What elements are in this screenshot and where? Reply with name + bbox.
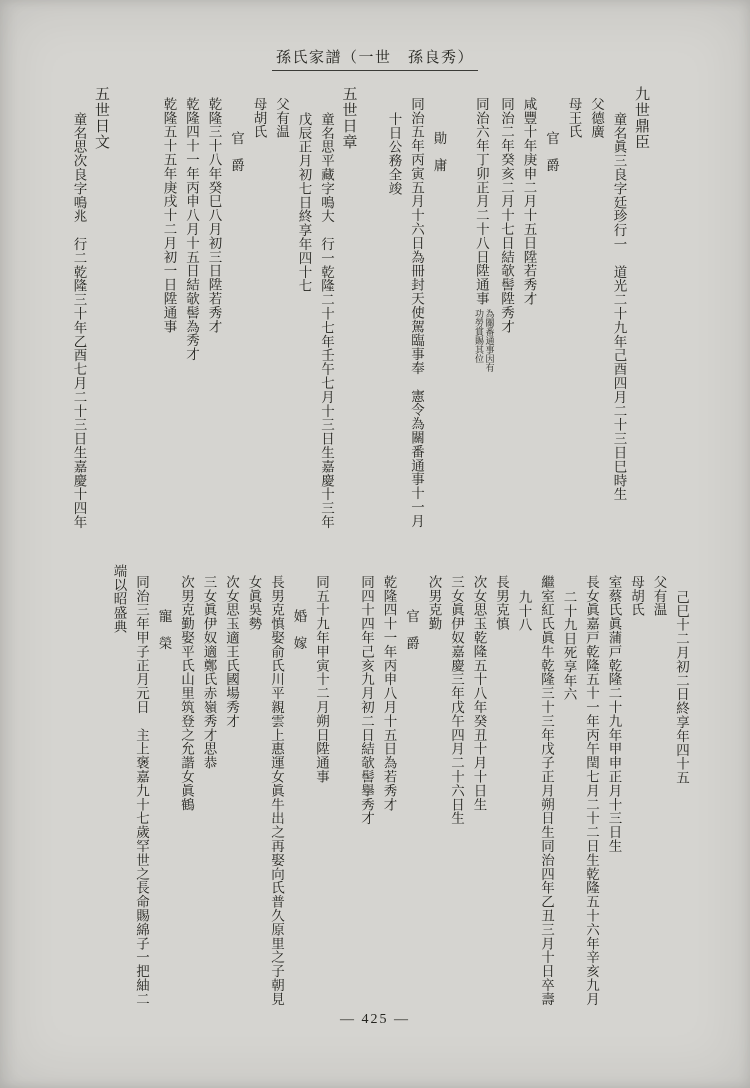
gen5b-marriage-entry: 三女眞伊奴適鄭氏赤嶺秀才思恭 xyxy=(197,564,220,770)
text-column xyxy=(450,86,473,96)
interlinear-note: 為關番通事因有功勞賞賜其位 xyxy=(474,309,495,372)
gen9-heading-rank: 官爵 xyxy=(540,86,563,185)
gen5b-rank-entry: 同四十四年己亥九月初二日結欹髻擧秀才 xyxy=(355,564,378,825)
gen5b-daughter3: 三女眞伊奴嘉慶三年戊午四月二十六日生 xyxy=(445,564,468,825)
gen5a-rank-entry: 乾隆三十八年癸巳八月初三日陞若秀才 xyxy=(202,86,225,333)
gen5b-rank-entry: 同五十九年甲寅十二月朔日陞通事 xyxy=(310,564,333,784)
gen5b-daughter2: 次女思玉乾隆五十八年癸丑十月十日生 xyxy=(467,564,490,811)
page-header: 孫氏家譜（一世 孫良秀） xyxy=(0,46,750,71)
gen5b-marriage-entry: 長男克慎娶俞氏川平親雲上惠運女眞牛出之再娶向氏普久原里之子朝見 xyxy=(265,564,288,1006)
gen9-rank-entry: 同治六年丁卯正月二十八日陞通事為關番通事因有功勞賞賜其位 xyxy=(472,86,495,372)
gen5b-mother: 母胡氏 xyxy=(625,564,648,617)
gen9-mother: 母王氏 xyxy=(562,86,585,139)
gen9-rank-entry: 同治二年癸亥二月十七日結欹髻陞秀才 xyxy=(495,86,518,333)
gen5b-heading-rank: 官爵 xyxy=(400,564,423,663)
gen5a-death-cont: 戊辰正月初七日終享年四十七 xyxy=(292,86,315,293)
gen5b-childname-birth: 童名思次良字鳴兆 行二乾隆三十年乙酉七月二十三日生嘉慶十四年 xyxy=(67,86,90,529)
section-title-gen9-teishin: 九世鼎臣 xyxy=(630,86,653,150)
gen5b-daughter1-cont: 二十九日死享年六 xyxy=(557,564,580,701)
scanned-genealogy-page: 孫氏家譜（一世 孫良秀） 九世鼎臣童名眞三良字廷珍行一 道光二十九年己酉四月二十… xyxy=(0,0,750,1088)
gen5a-heading-rank: 官爵 xyxy=(225,86,248,185)
upper-text-block: 九世鼎臣童名眞三良字廷珍行一 道光二十九年己酉四月二十三日巳時生父德廣母王氏官爵… xyxy=(67,86,652,558)
gen9-childname-birth: 童名眞三良字廷珍行一 道光二十九年己酉四月二十三日巳時生 xyxy=(607,86,630,501)
gen5b-father: 父有温 xyxy=(647,564,670,617)
gen5b-daughter1: 長女眞嘉戸乾隆五十一年丙午閏七月二十二日生乾隆五十六年辛亥九月 xyxy=(580,564,603,1006)
gen5b-marriage-entry: 次男克勤娶平氏山里筑登之允諧女眞鶴 xyxy=(175,564,198,811)
lower-text-block: 己巳十二月初二日終享年四十五父有温母胡氏室蔡氏眞蒲戸乾隆二十九年甲申正月十三日生… xyxy=(107,564,692,1024)
page-number: — 425 — xyxy=(0,1012,750,1028)
gen5b-son2: 次男克勤 xyxy=(422,564,445,631)
page-title: 孫氏家譜（一世 孫良秀） xyxy=(272,46,478,71)
gen5b-marriage-entry: 次女思玉適王氏國場秀才 xyxy=(220,564,243,728)
gen5b-honor-entry: 同治三年甲子正月元日 主上褒嘉九十七歲罕世之長命賜綿子一把紬二 xyxy=(130,564,153,1006)
text-column xyxy=(135,86,158,96)
gen5a-childname-birth: 童名思平藏字鳴大 行一乾隆二十七年壬午七月十三日生嘉慶十三年 xyxy=(315,86,338,529)
section-title-gen5-nissho: 五世日章 xyxy=(337,86,360,150)
gen5b-honor-entry-cont: 端以昭盛典 xyxy=(107,564,130,634)
section-title-gen5-nichibun: 五世日文 xyxy=(90,86,113,150)
gen9-father: 父德廣 xyxy=(585,86,608,139)
gen5b-heading-honor: 寵榮 xyxy=(152,564,175,663)
gen5a-rank-entry: 乾隆四十一年丙申八月十五日結欹髻為秀才 xyxy=(180,86,203,361)
text-column xyxy=(360,86,383,96)
gen5b-son1: 長男克慎 xyxy=(490,564,513,631)
gen9-heading-merit: 勛庸 xyxy=(427,86,450,185)
text-column xyxy=(112,86,135,96)
gen5b-wife: 室蔡氏眞蒲戸乾隆二十九年甲申正月十三日生 xyxy=(602,564,625,853)
gen5b-rank-entry: 乾隆四十一年丙申八月十五日為若秀才 xyxy=(377,564,400,811)
gen5b-marriage-entry: 女眞吳勢 xyxy=(242,564,265,631)
gen9-merit-entry-cont: 十日公務全竣 xyxy=(382,86,405,195)
gen5b-second-wife-cont: 九十八 xyxy=(512,564,535,632)
gen5b-heading-marriage: 婚嫁 xyxy=(287,564,310,663)
gen9-rank-entry: 咸豐十年庚申二月十五日陞若秀才 xyxy=(517,86,540,306)
gen5a-father: 父有温 xyxy=(270,86,293,139)
gen5b-second-wife: 繼室紅氏眞牛乾隆三十三年戊子正月朔日生同治四年乙丑三月十日卒壽 xyxy=(535,564,558,1006)
gen5a-rank-entry: 乾隆五十五年庚戌十二月初一日陞通事 xyxy=(157,86,180,333)
gen5b-death-cont: 己巳十二月初二日終享年四十五 xyxy=(670,564,693,785)
text-column xyxy=(332,564,355,574)
gen9-merit-entry: 同治五年丙寅五月十六日為冊封天使駕臨事奉 憲令為關番通事十一月 xyxy=(405,86,428,528)
gen5a-mother: 母胡氏 xyxy=(247,86,270,139)
